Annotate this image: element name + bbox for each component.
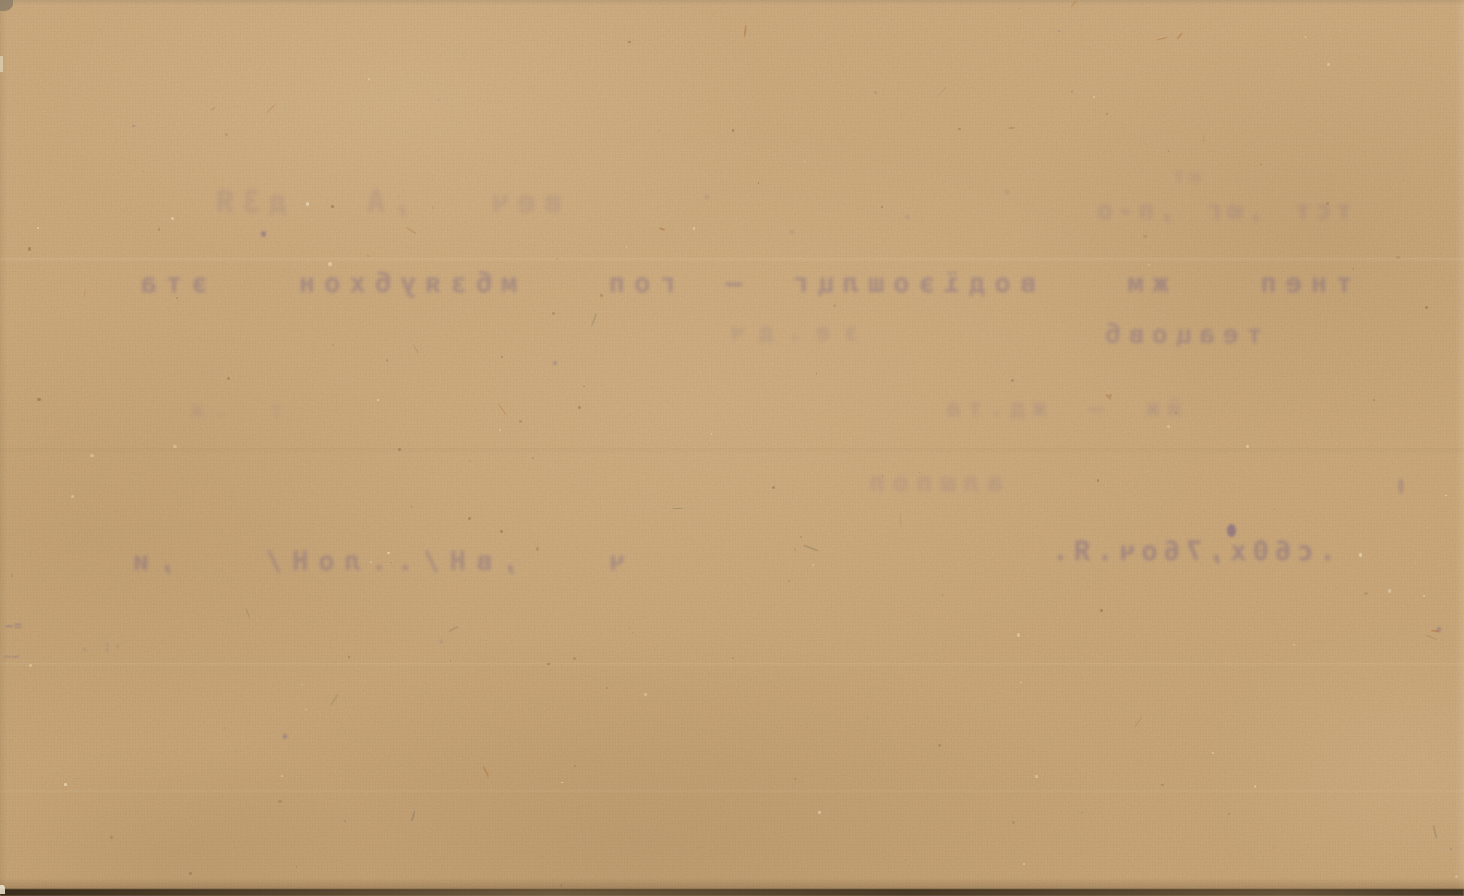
- ink-blot: [283, 734, 287, 739]
- ink-blot: [261, 231, 266, 237]
- ink-blot: [790, 230, 794, 234]
- bottom-left-white-nick: [0, 885, 5, 894]
- ink-blot: [440, 640, 443, 643]
- ink-blot: [553, 361, 557, 365]
- left-edge-nick: [0, 56, 3, 72]
- ink-blot: [905, 215, 910, 219]
- scanned-paper-page: веч ,А дЗЯтст ,юг ,п-оиттнеп жм водїэошл…: [0, 0, 1464, 896]
- ink-blot: [1227, 524, 1236, 537]
- ink-blot: [1437, 627, 1441, 632]
- ink-blots-layer: [0, 0, 1464, 896]
- ink-blot: [1005, 190, 1009, 194]
- scan-bottom-edge: [0, 889, 1464, 896]
- ink-blot: [705, 195, 709, 199]
- ink-blot: [1398, 478, 1404, 494]
